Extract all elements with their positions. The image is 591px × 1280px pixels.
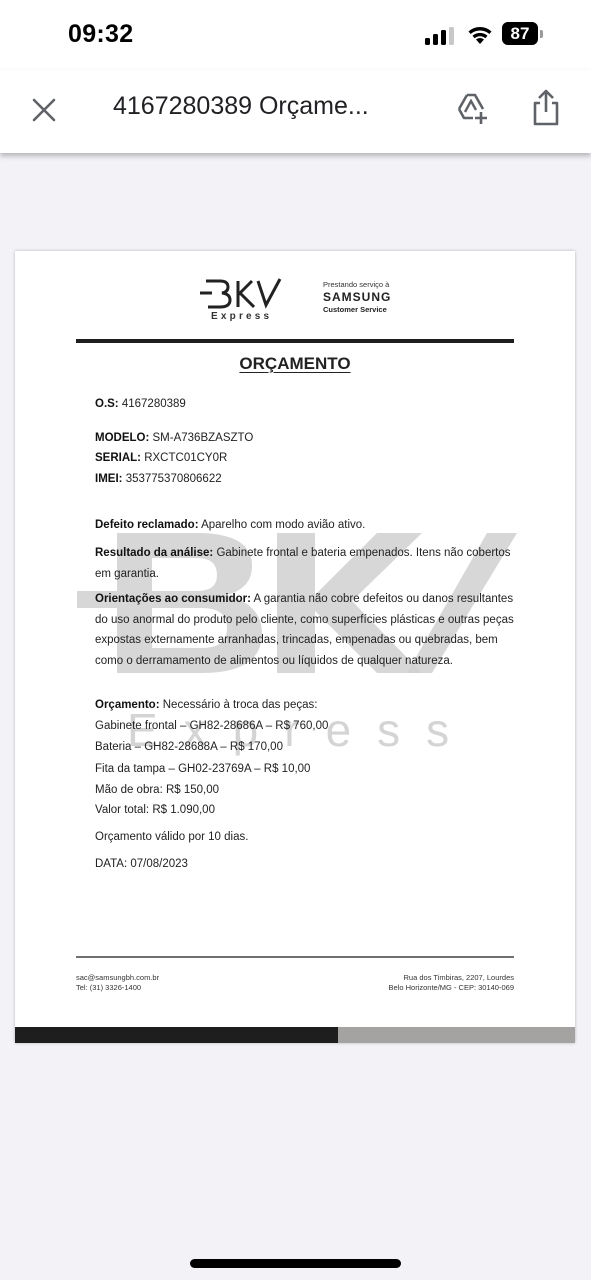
- modelo-field: MODELO: SM-A736BZASZTO: [95, 432, 253, 444]
- total-value: Valor total: R$ 1.090,00: [95, 804, 215, 816]
- add-to-drive-icon[interactable]: [452, 90, 490, 128]
- budget-item: Fita da tampa – GH02-23769A – R$ 10,00: [95, 763, 310, 775]
- document-date: DATA: 07/08/2023: [95, 858, 188, 870]
- wifi-icon: [466, 23, 494, 45]
- validity-note: Orçamento válido por 10 dias.: [95, 831, 248, 843]
- bkv-logo: [200, 277, 282, 311]
- letterhead: Express Prestando serviço à SAMSUNG Cust…: [15, 275, 575, 325]
- imei-field: IMEI: 353775370806622: [95, 473, 222, 485]
- samsung-partner-badge: Prestando serviço à SAMSUNG Customer Ser…: [323, 280, 391, 314]
- home-indicator[interactable]: [190, 1259, 401, 1268]
- customer-service-text: Customer Service: [323, 305, 391, 314]
- document-title: 4167280389 Orçame...: [113, 92, 369, 121]
- os-field: O.S: 4167280389: [95, 398, 186, 410]
- samsung-wordmark: SAMSUNG: [323, 290, 391, 304]
- footer-address-line-1: Rua dos Timbiras, 2207, Lourdes: [389, 973, 514, 983]
- app-toolbar: 4167280389 Orçame...: [0, 70, 591, 153]
- serial-field: SERIAL: RXCTC01CY0R: [95, 452, 227, 464]
- document-heading: ORÇAMENTO: [15, 354, 575, 374]
- partner-prefix: Prestando serviço à: [323, 280, 391, 289]
- footer-contact: sac@samsungbh.com.br Tel: (31) 3326-1400: [76, 973, 159, 993]
- footer-bar-grey: [338, 1027, 575, 1043]
- battery-tip: [540, 30, 543, 38]
- battery-icon: 87: [502, 22, 538, 45]
- footer-bar-dark: [15, 1027, 338, 1043]
- clock: 09:32: [68, 20, 133, 49]
- labor-cost: Mão de obra: R$ 150,00: [95, 784, 219, 796]
- footer-email: sac@samsungbh.com.br: [76, 973, 159, 983]
- close-icon[interactable]: [28, 94, 60, 126]
- cellular-signal-icon: [425, 27, 455, 45]
- status-bar: 09:32 87: [0, 0, 591, 70]
- orcamento-field: Orçamento: Necessário à troca das peças:: [95, 699, 317, 711]
- header-divider: [76, 339, 514, 343]
- bkv-express-text: Express: [211, 311, 272, 322]
- budget-item: Gabinete frontal – GH82-28686A – R$ 760,…: [95, 720, 328, 732]
- defeito-field: Defeito reclamado: Aparelho com modo avi…: [95, 519, 365, 531]
- document-page: Express Express Prestando serviço à SAMS…: [15, 251, 575, 1043]
- footer-divider: [76, 956, 514, 958]
- orientacoes-field: Orientações ao consumidor: A garantia nã…: [95, 589, 515, 671]
- footer-address: Rua dos Timbiras, 2207, Lourdes Belo Hor…: [389, 973, 514, 993]
- share-icon[interactable]: [530, 88, 562, 128]
- budget-item: Bateria – GH82-28688A – R$ 170,00: [95, 741, 283, 753]
- footer-address-line-2: Belo Horizonte/MG - CEP: 30140-069: [389, 983, 514, 993]
- resultado-field: Resultado da análise: Gabinete frontal e…: [95, 543, 515, 584]
- footer-phone: Tel: (31) 3326-1400: [76, 983, 159, 993]
